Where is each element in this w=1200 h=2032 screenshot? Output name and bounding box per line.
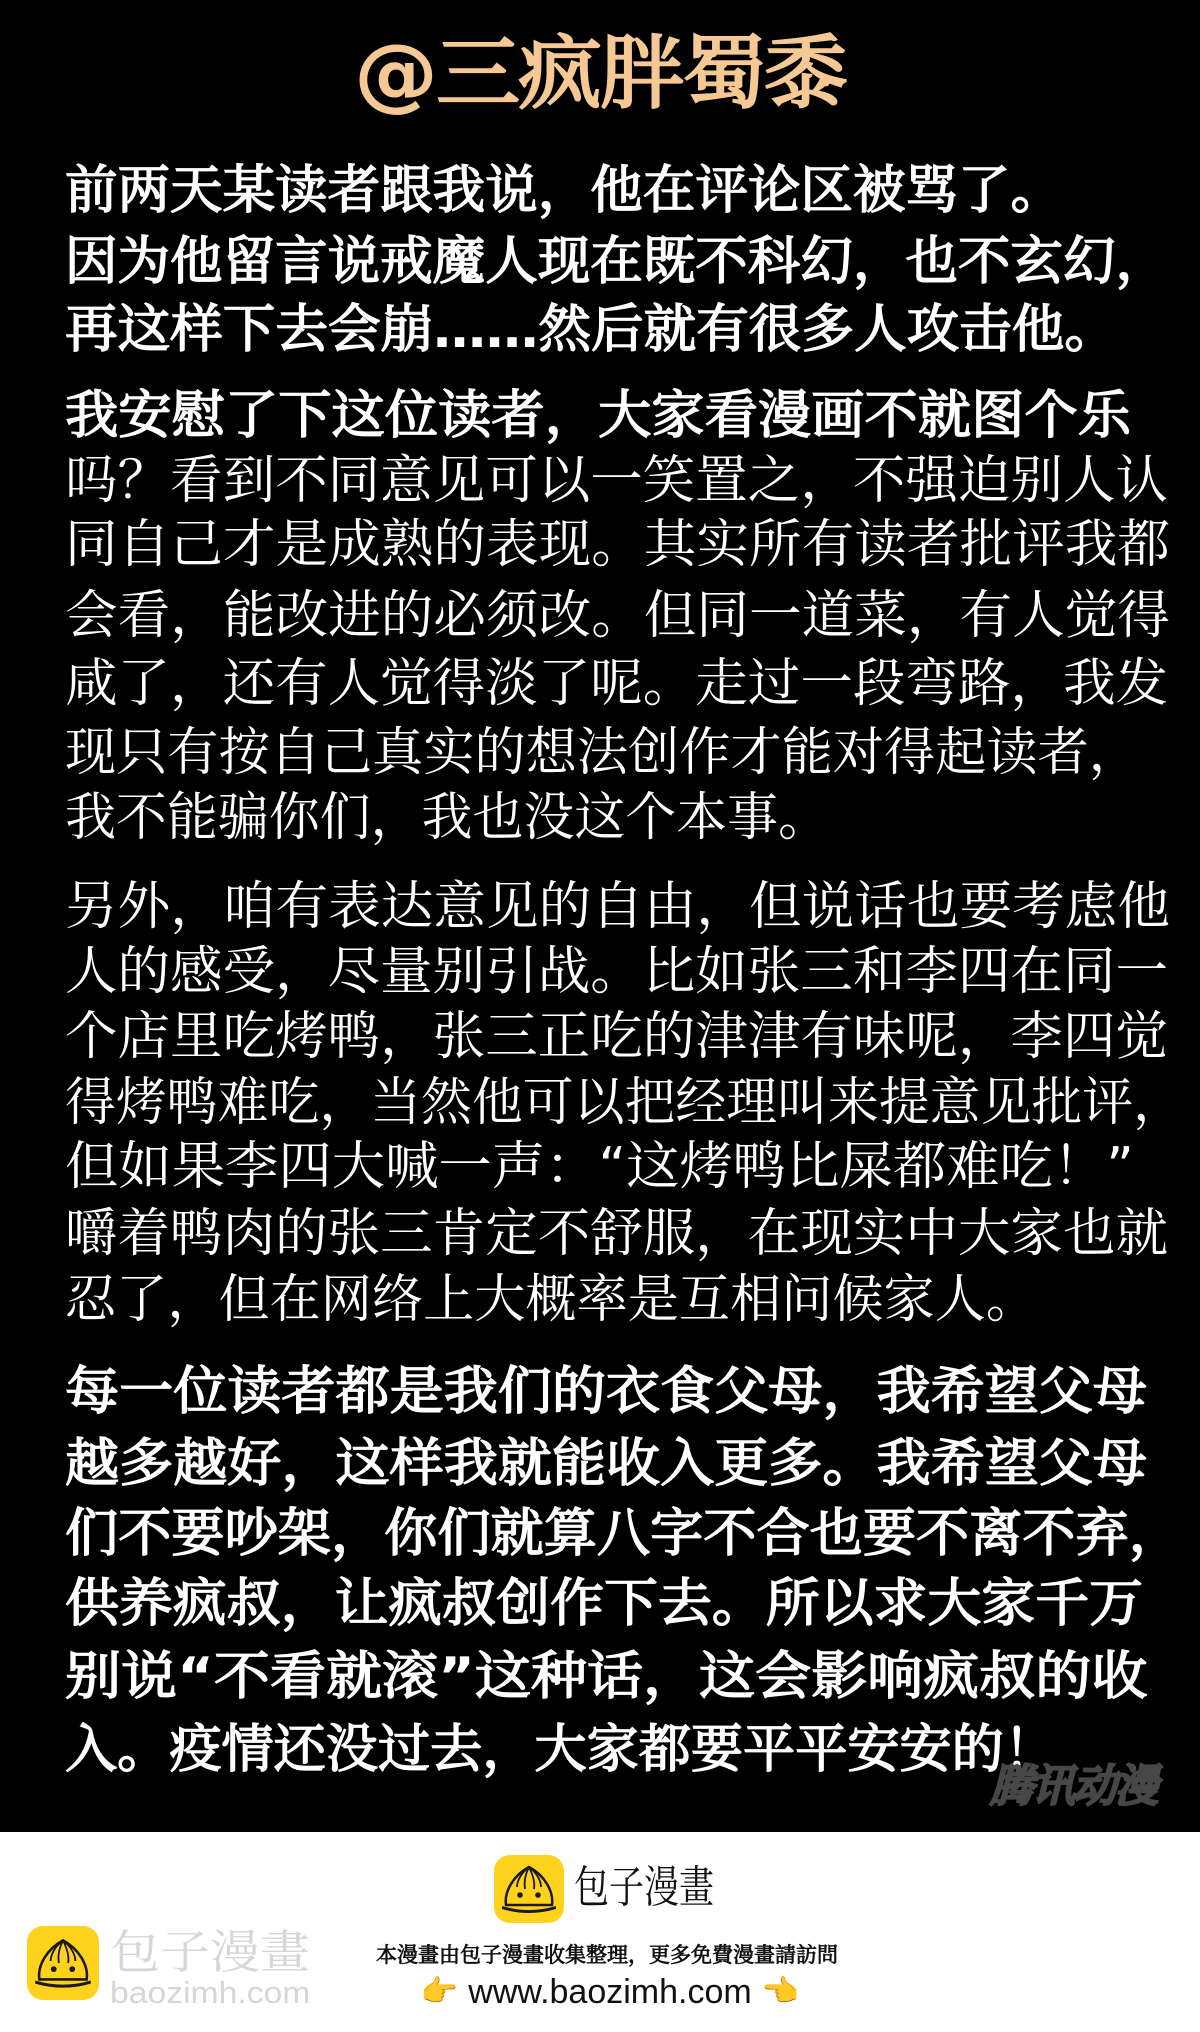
text-line: 们不要吵架，你们就算八字不合也要不离不弃， — [65, 1506, 1182, 1562]
text-line: 供养疯叔，让疯叔创作下去。所以求大家千万 — [65, 1576, 1143, 1632]
text-line: 别说“不看就滚”这种话，这会影响疯叔的收 — [65, 1649, 1147, 1705]
text-line: 再这样下去会崩……然后就有很多人攻击他。 — [65, 302, 1117, 358]
author-title: @三疯胖蜀黍 — [0, 28, 1200, 120]
text-line: 每一位读者都是我们的衣食父母，我希望父母 — [65, 1364, 1147, 1420]
text-line: 因为他留言说戒魔人现在既不科幻，也不玄幻， — [65, 234, 1168, 290]
brand-name: 包子漫畫 — [574, 1862, 714, 1914]
text-line: 但如果李四大喊一声：“这烤鸭比屎都难吃！” — [65, 1139, 1134, 1195]
text-line: 我不能骗你们，我也没这个本事。 — [65, 790, 829, 846]
text-line: 嚼着鸭肉的张三肯定不舒服，在现实中大家也就 — [65, 1206, 1168, 1262]
text-line: 咸了，还有人觉得淡了呢。走过一段弯路，我发 — [65, 656, 1168, 712]
text-line: 同自己才是成熟的表现。其实所有读者批评我都 — [65, 517, 1170, 573]
text-line: 我安慰了下这位读者，大家看漫画不就图个乐 — [65, 388, 1131, 444]
bun-icon-graphic — [27, 1926, 99, 2000]
bun-logo-icon — [494, 1855, 564, 1923]
url-row: 👉 www.baozimh.com 👈 — [330, 1972, 890, 2012]
comic-panel: @三疯胖蜀黍 前两天某读者跟我说，他在评论区被骂了。因为他留言说戒魔人现在既不科… — [0, 0, 1200, 1832]
text-line: 另外，咱有表达意见的自由，但说话也要考虑他 — [65, 879, 1170, 935]
text-line: 个店里吃烤鸭，张三正吃的津津有味呢，李四觉 — [65, 1009, 1168, 1065]
text-line: 吗？看到不同意见可以一笑置之，不强迫别人认 — [65, 453, 1168, 509]
bun-icon-graphic — [494, 1855, 564, 1923]
text-line: 得烤鸭难吃，当然他可以把经理叫来提意见批评， — [65, 1075, 1184, 1131]
collection-note: 本漫畫由包子漫畫收集整理，更多免費漫畫請訪問 — [343, 1942, 871, 1968]
text-line: 入。疫情还没过去，大家都要平平安安的！ — [65, 1722, 1056, 1778]
bun-logo-watermark-icon — [27, 1926, 99, 2000]
text-line: 现只有按自己真实的想法创作才能对得起读者， — [65, 725, 1140, 781]
footer: 包子漫畫 包子漫畫 baozimh.com 本漫畫由包子漫畫收集整理，更多免費漫… — [0, 1832, 1200, 2032]
watermark-brand-name: 包子漫畫 — [110, 1926, 310, 1978]
text-line: 前两天某读者跟我说，他在评论区被骂了。 — [65, 163, 1063, 219]
author-title-text: @三疯胖蜀黍 — [354, 28, 846, 120]
pointing-left-hand-icon: 👈 — [762, 1972, 799, 2012]
site-url-link[interactable]: www.baozimh.com — [468, 1972, 751, 2012]
text-line: 人的感受，尽量别引战。比如张三和李四在同一 — [65, 944, 1168, 1000]
watermark-domain: baozimh.com — [110, 1978, 310, 2008]
platform-watermark: 腾讯动漫 — [990, 1762, 1178, 1812]
text-line: 越多越好，这样我就能收入更多。我希望父母 — [65, 1436, 1147, 1492]
text-line: 会看，能改进的必须改。但同一道菜，有人觉得 — [65, 588, 1170, 644]
pointing-right-hand-icon: 👉 — [421, 1972, 458, 2012]
text-line: 忍了，但在网络上大概率是互相问候家人。 — [65, 1272, 1037, 1328]
